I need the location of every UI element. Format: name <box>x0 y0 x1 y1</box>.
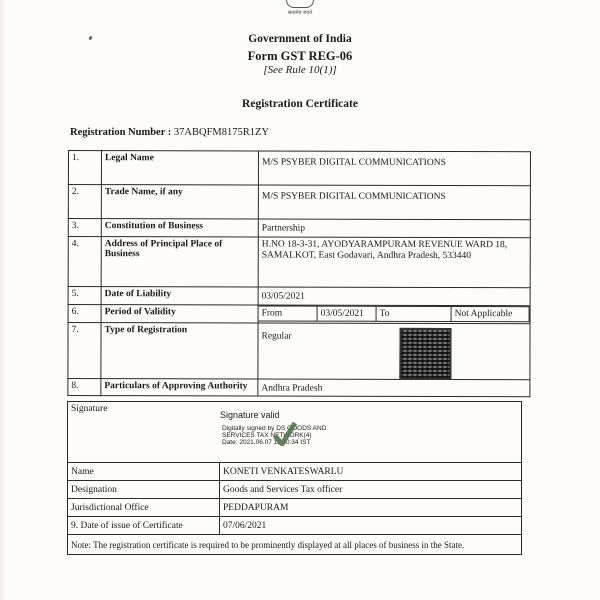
officer-details-table: Signature Signature valid Digitally sign… <box>67 401 522 555</box>
table-row: Designation Goods and Services Tax offic… <box>68 481 522 499</box>
registration-number-label: Registration Number : <box>70 127 171 138</box>
designation-label: Designation <box>68 481 220 499</box>
row-number: 2. <box>68 185 101 219</box>
issuing-authority: Government of India <box>0 33 600 45</box>
officer-name-label: Name <box>68 463 220 481</box>
row-label: Address of Principal Place of Business <box>101 237 258 287</box>
row-number: 5. <box>68 287 101 305</box>
emblem-motto: सत्यमेव जयते <box>284 10 316 16</box>
signature-status: Signature valid <box>220 410 280 420</box>
issue-date-label: 9. Date of issue of Certificate <box>68 517 220 535</box>
qr-code-icon <box>399 328 451 380</box>
row-label: Date of Liability <box>101 287 258 305</box>
table-row: Jurisdictional Office PEDDAPURAM <box>68 499 522 517</box>
table-row: 7. Type of Registration Regular <box>68 323 530 380</box>
document-title: Registration Certificate <box>0 98 600 110</box>
from-label: From <box>259 306 318 321</box>
legal-name-value: M/S PSYBER DIGITAL COMMUNICATIONS <box>258 151 530 186</box>
row-number: 8. <box>68 379 101 396</box>
signature-row: Signature Signature valid Digitally sign… <box>68 402 522 463</box>
row-number: 3. <box>68 219 101 237</box>
liability-date-value: 03/05/2021 <box>258 287 530 306</box>
certificate-page: सत्यमेव जयते Government of India Form GS… <box>0 0 600 600</box>
to-label: To <box>376 306 451 321</box>
address-value: H.NO 18-3-31, AYODYARAMPURAM REVENUE WAR… <box>258 237 530 288</box>
national-emblem-icon: सत्यमेव जयते <box>284 0 316 18</box>
row-label: Particulars of Approving Authority <box>101 379 258 396</box>
note-row: Note: The registration certificate is re… <box>68 535 522 555</box>
digital-signature-block: Signature Signature valid Digitally sign… <box>68 402 521 462</box>
row-number: 1. <box>68 151 101 185</box>
approving-authority-value: Andhra Pradesh <box>258 379 530 397</box>
signature-label: Signature <box>71 404 107 414</box>
form-title: Form GST REG-06 <box>0 49 600 64</box>
jurisdiction-label: Jurisdictional Office <box>68 499 220 517</box>
trade-name-value: M/S PSYBER DIGITAL COMMUNICATIONS <box>258 185 530 220</box>
display-note: Note: The registration certificate is re… <box>68 535 522 555</box>
validity-period: From 03/05/2021 To Not Applicable <box>259 305 530 322</box>
table-row: 6. Period of Validity From 03/05/2021 To… <box>68 305 530 324</box>
from-date: 03/05/2021 <box>317 306 376 321</box>
row-label: Period of Validity <box>101 305 258 323</box>
row-label: Type of Registration <box>101 323 258 379</box>
registration-number-value: 37ABQFM8175R1ZY <box>174 127 269 138</box>
row-number: 4. <box>68 237 101 287</box>
registration-number: Registration Number : 37ABQFM8175R1ZY <box>70 127 269 138</box>
table-row: 9. Date of issue of Certificate 07/06/20… <box>68 517 522 535</box>
table-row: 2. Trade Name, if any M/S PSYBER DIGITAL… <box>68 185 530 220</box>
row-number: 7. <box>68 323 101 379</box>
designation-value: Goods and Services Tax officer <box>220 481 522 499</box>
issue-date-value: 07/06/2021 <box>220 517 522 535</box>
checkmark-icon <box>273 420 297 446</box>
row-label: Legal Name <box>101 151 258 185</box>
table-row: Name KONETI VENKATESWARLU <box>68 463 522 481</box>
table-row: 1. Legal Name M/S PSYBER DIGITAL COMMUNI… <box>68 151 530 186</box>
row-number: 6. <box>68 305 101 323</box>
row-label: Constitution of Business <box>101 219 258 237</box>
constitution-value: Partnership <box>258 219 530 238</box>
table-row: 5. Date of Liability 03/05/2021 <box>68 287 530 306</box>
row-label: Trade Name, if any <box>101 185 258 219</box>
certificate-details-table: 1. Legal Name M/S PSYBER DIGITAL COMMUNI… <box>67 150 531 397</box>
jurisdiction-value: PEDDAPURAM <box>220 499 522 517</box>
table-row: 4. Address of Principal Place of Busines… <box>68 237 530 288</box>
officer-name-value: KONETI VENKATESWARLU <box>220 463 522 481</box>
page-edge <box>0 0 6 600</box>
table-row: 8. Particulars of Approving Authority An… <box>68 379 530 397</box>
rule-reference: [See Rule 10(1)] <box>0 64 600 76</box>
table-row: 3. Constitution of Business Partnership <box>68 219 530 238</box>
registration-type-value: Regular <box>261 332 291 342</box>
to-date: Not Applicable <box>451 307 529 322</box>
